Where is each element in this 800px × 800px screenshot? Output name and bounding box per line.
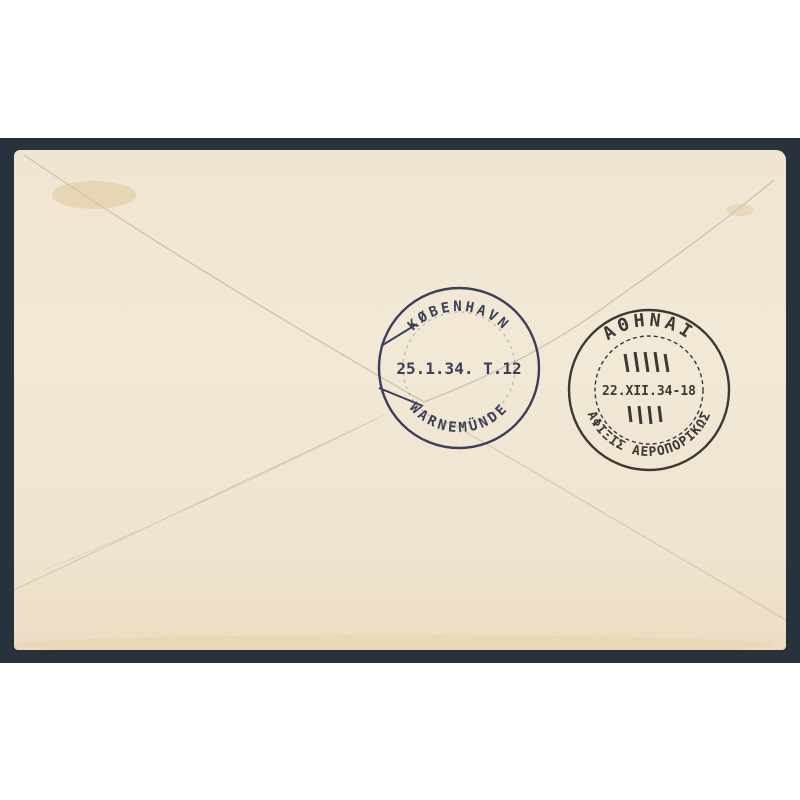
copenhagen-top-text: KØBENHAVN <box>405 299 513 334</box>
copenhagen-date: 25.1.34. T.12 <box>396 359 521 378</box>
svg-text:ΑΘΗΝΑΙ: ΑΘΗΝΑΙ <box>599 310 699 345</box>
envelope-back: KØBENHAVN WARNEMÜNDE 25.1.34. T.12 <box>14 150 786 650</box>
svg-text:KØBENHAVN: KØBENHAVN <box>405 299 513 334</box>
copenhagen-bottom-text: WARNEMÜNDE <box>406 400 512 436</box>
athens-date: 22.XII.34-18 <box>602 384 696 399</box>
svg-text:WARNEMÜNDE: WARNEMÜNDE <box>406 400 512 436</box>
athens-top-text: ΑΘΗΝΑΙ <box>599 310 699 345</box>
envelope-flaps: KØBENHAVN WARNEMÜNDE 25.1.34. T.12 <box>14 150 786 650</box>
